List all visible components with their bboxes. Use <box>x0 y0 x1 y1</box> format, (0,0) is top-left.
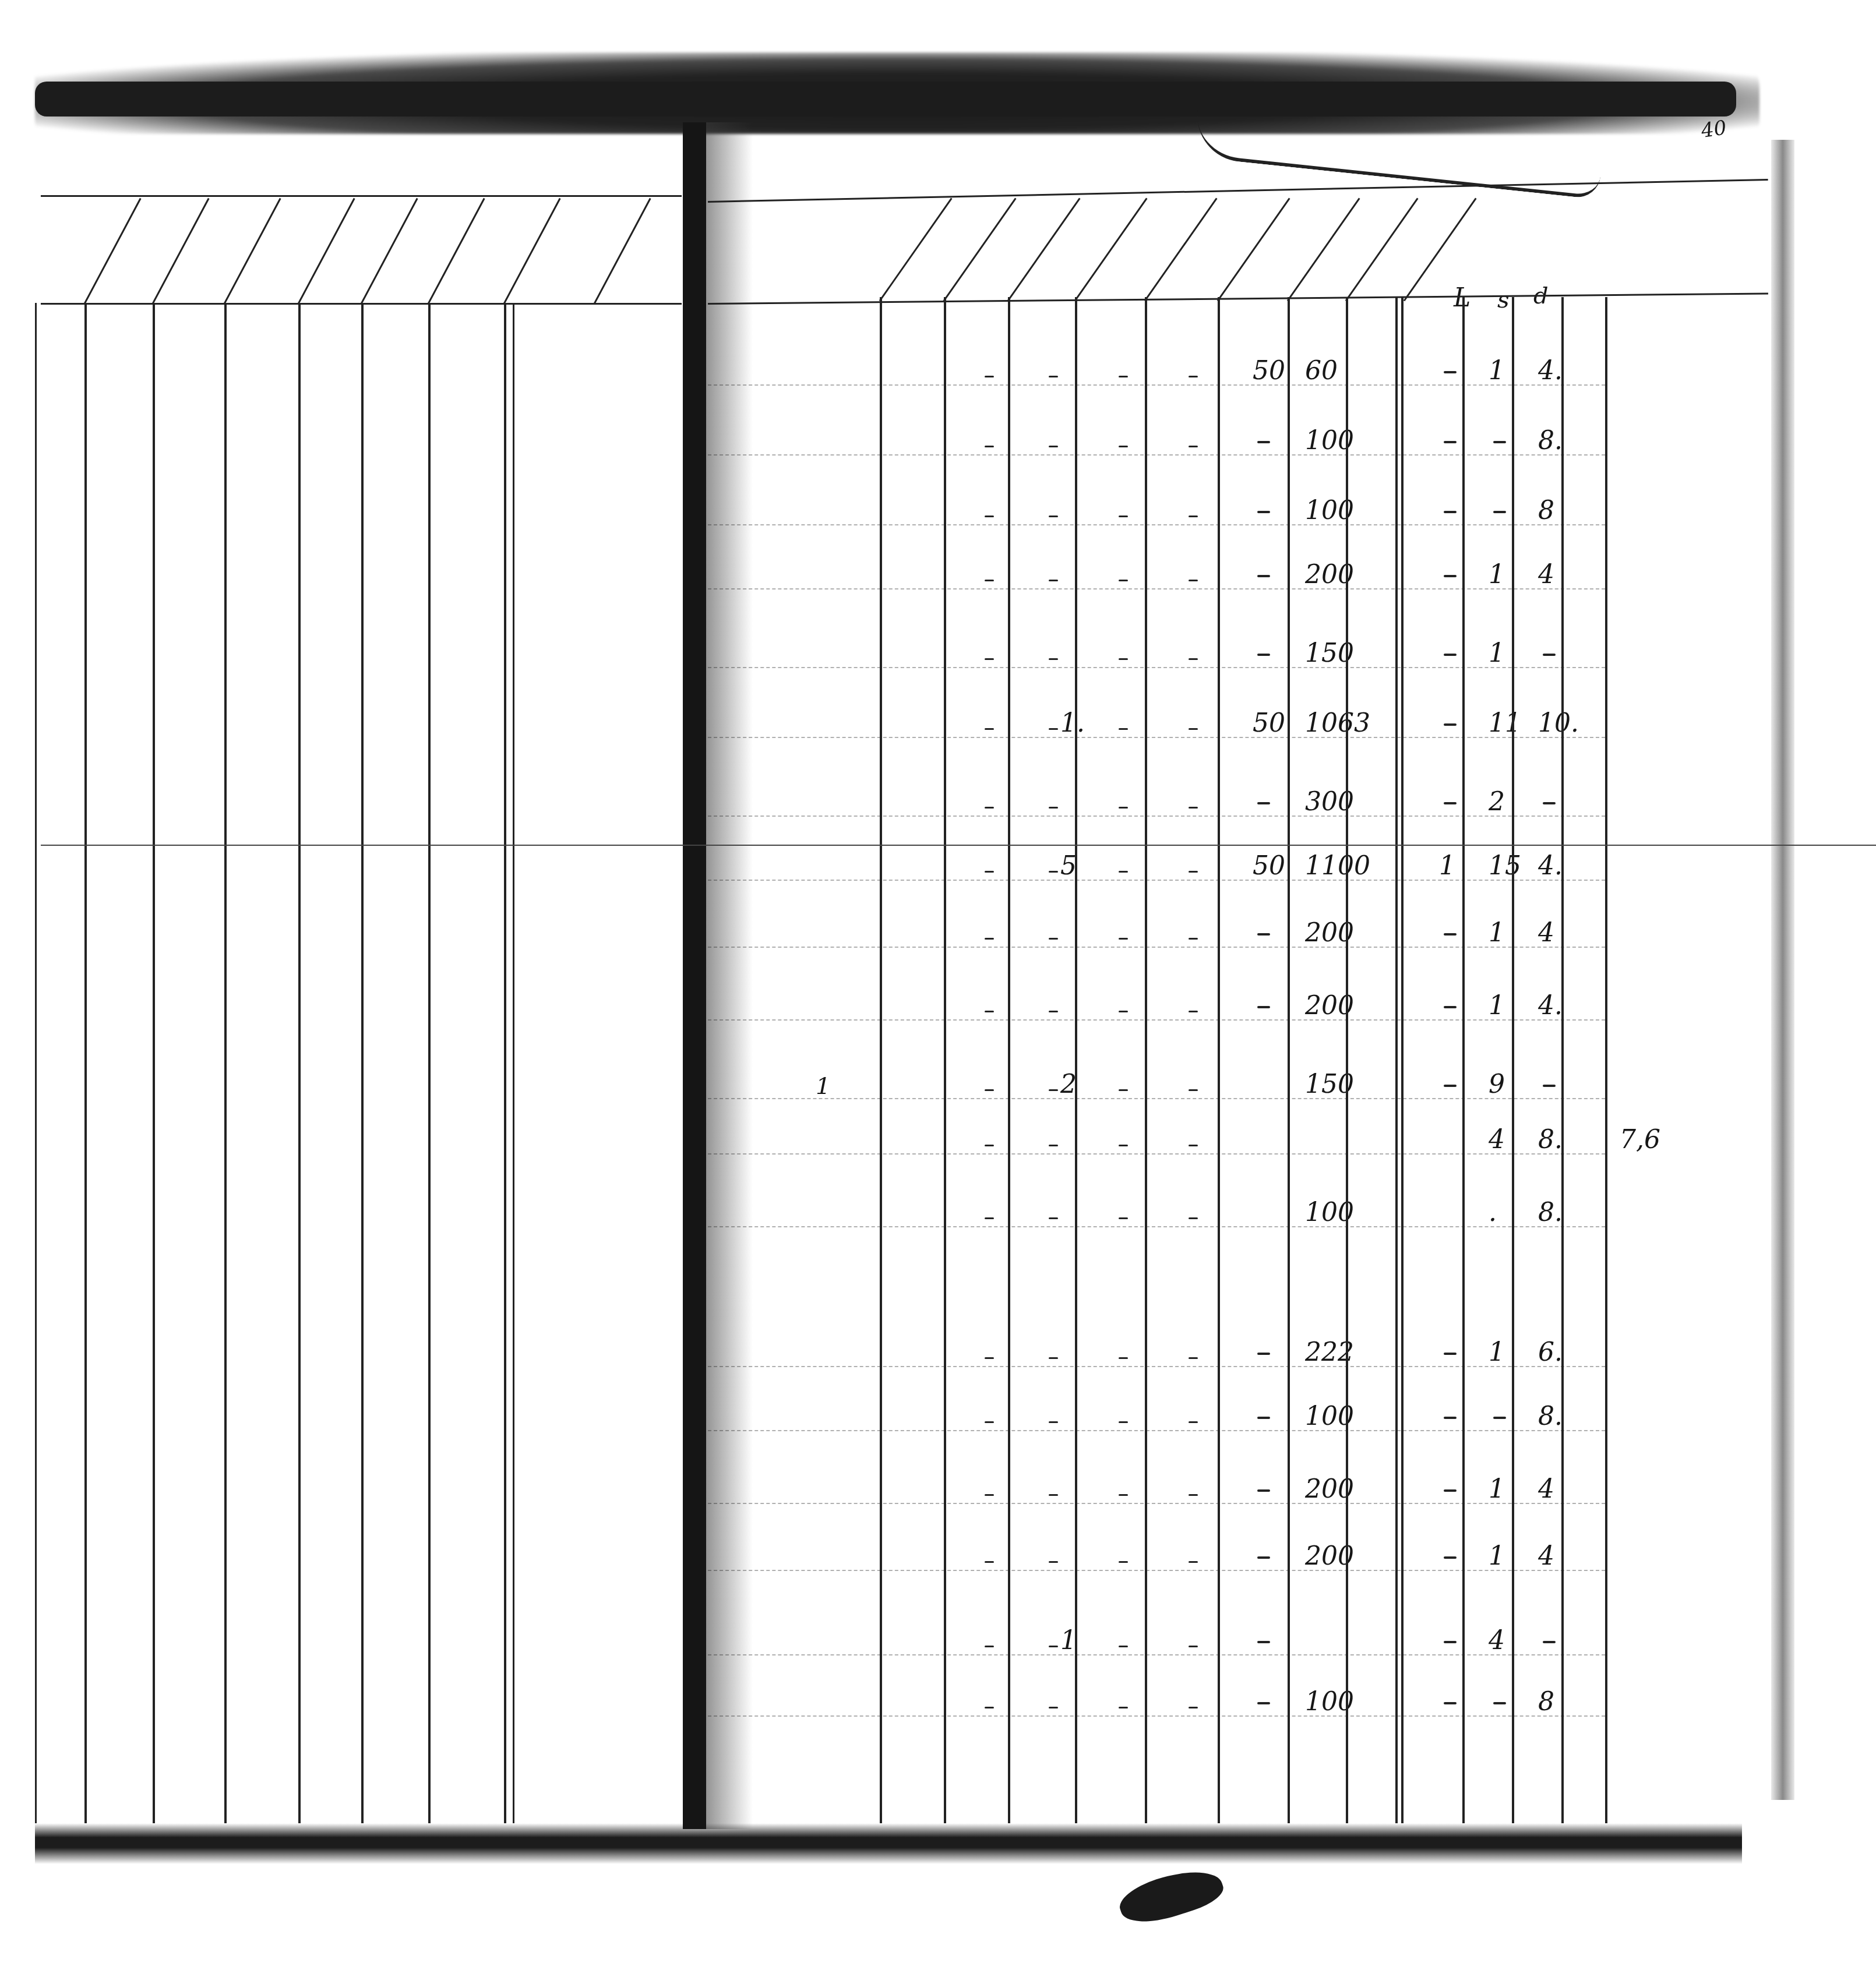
row-guide <box>708 880 1605 881</box>
blank-dash <box>1543 1641 1556 1643</box>
blank-dash <box>1189 1357 1198 1359</box>
blank-dash <box>1049 1421 1058 1423</box>
right-column-rule <box>944 297 946 1823</box>
blank-dash <box>1444 575 1457 577</box>
cell-note: 7,6 <box>1620 1127 1660 1153</box>
blank-dash <box>1493 441 1506 443</box>
blank-dash <box>1444 1641 1457 1643</box>
cell-amount: 60 <box>1305 358 1338 384</box>
blank-dash <box>1049 1089 1058 1091</box>
blank-dash <box>1257 441 1270 443</box>
blank-dash <box>1119 1707 1128 1708</box>
scan-edge-bottom <box>35 1823 1742 1864</box>
blank-dash <box>1493 1702 1506 1704</box>
cell-s: 1 <box>1489 641 1505 666</box>
blank-dash <box>985 1357 994 1359</box>
blank-dash <box>1444 723 1457 726</box>
blank-dash <box>1119 728 1128 730</box>
header-hatch-line <box>361 198 418 304</box>
cell-s: . <box>1489 1200 1497 1226</box>
blank-dash <box>1119 807 1128 809</box>
blank-dash <box>985 1011 994 1012</box>
blank-dash <box>1444 1489 1457 1492</box>
blank-dash <box>1049 1011 1058 1012</box>
blank-dash <box>1444 511 1457 513</box>
blank-dash <box>985 1421 994 1423</box>
cell-s: 1 <box>1489 1544 1505 1569</box>
blank-dash <box>985 580 994 581</box>
blank-dash <box>1444 1702 1457 1704</box>
cell-d: 6. <box>1538 1340 1563 1365</box>
row-guide <box>708 384 1605 386</box>
blank-dash <box>1049 728 1058 730</box>
blank-dash <box>1257 933 1270 935</box>
blank-dash <box>1049 1357 1058 1359</box>
cell-s: 11 <box>1489 711 1521 736</box>
right-column-rule <box>1462 297 1465 1823</box>
row-guide <box>708 1098 1605 1099</box>
blank-dash <box>1543 1085 1556 1087</box>
blank-dash <box>1049 871 1058 873</box>
blank-dash <box>1119 1089 1128 1091</box>
blank-dash <box>985 938 994 940</box>
row-guide <box>708 1430 1605 1431</box>
cell-s: 15 <box>1489 853 1521 879</box>
blank-dash <box>1049 658 1058 660</box>
blank-dash <box>1119 446 1128 447</box>
blank-dash <box>1257 1641 1270 1643</box>
blank-dash <box>1444 1006 1457 1008</box>
blank-dash <box>1189 1217 1198 1219</box>
right-column-rule <box>1008 297 1010 1823</box>
stray-mark: 1 <box>816 1075 830 1098</box>
right-column-rule <box>1075 297 1077 1823</box>
cell-qty: 1. <box>1060 711 1085 736</box>
right-header-bottom-rule <box>708 293 1768 305</box>
blank-dash <box>1049 516 1058 517</box>
blank-dash <box>985 658 994 660</box>
cell-s: 4 <box>1489 1628 1505 1654</box>
cell-s: 1 <box>1489 358 1505 384</box>
cell-fifty: 50 <box>1253 711 1285 736</box>
left-column-rule <box>428 303 431 1823</box>
header-hatch-line <box>503 198 561 304</box>
blank-dash <box>1444 802 1457 804</box>
right-column-rule <box>1561 297 1564 1823</box>
left-column-rule <box>504 303 506 1823</box>
blank-dash <box>1493 1417 1506 1419</box>
cell-s: 1 <box>1489 993 1505 1019</box>
blank-dash <box>1257 1489 1270 1492</box>
blank-dash <box>1049 1494 1058 1496</box>
header-hatch-line <box>298 198 355 304</box>
cell-s: 1 <box>1489 562 1505 588</box>
cell-amount: 1063 <box>1305 711 1370 736</box>
right-column-rule <box>880 297 882 1823</box>
cell-qty: 5 <box>1060 853 1077 879</box>
row-guide <box>708 947 1605 948</box>
row-guide <box>708 816 1605 817</box>
blank-dash <box>985 376 994 377</box>
cell-d: 4. <box>1538 358 1563 384</box>
cell-fifty: 50 <box>1253 853 1285 879</box>
cell-d: 8. <box>1538 428 1563 454</box>
row-guide <box>708 1503 1605 1504</box>
header-hatch-line <box>1287 198 1360 302</box>
blank-dash <box>1189 446 1198 447</box>
cell-L: 1 <box>1439 853 1455 879</box>
blank-dash <box>1257 1353 1270 1355</box>
scan-edge-top-core <box>35 82 1736 117</box>
blank-dash <box>1049 376 1058 377</box>
right-column-rule <box>1346 297 1348 1823</box>
cell-d: 8. <box>1538 1404 1563 1429</box>
blank-dash <box>1257 1006 1270 1008</box>
row-guide <box>708 454 1605 456</box>
cell-fifty: 50 <box>1253 358 1285 384</box>
blank-dash <box>1049 1217 1058 1219</box>
blank-dash <box>1189 1145 1198 1146</box>
blank-dash <box>1189 1421 1198 1423</box>
blank-dash <box>1543 802 1556 804</box>
blank-dash <box>1189 807 1198 809</box>
cell-s: 4 <box>1489 1127 1505 1153</box>
header-hatch-line <box>879 198 953 302</box>
row-guide <box>708 1019 1605 1021</box>
blank-dash <box>1049 1561 1058 1563</box>
header-hatch-line <box>428 198 485 304</box>
blank-dash <box>1049 1145 1058 1146</box>
blank-dash <box>985 516 994 517</box>
blank-dash <box>1444 654 1457 656</box>
right-column-rule <box>1288 297 1290 1823</box>
cell-qty: 2 <box>1060 1072 1077 1097</box>
blank-dash <box>1257 654 1270 656</box>
right-column-rule <box>1395 297 1398 1823</box>
blank-dash <box>1049 1707 1058 1708</box>
blank-dash <box>985 1217 994 1219</box>
ink-blot <box>1115 1861 1228 1932</box>
left-column-rule <box>224 303 227 1823</box>
cell-s: 1 <box>1489 920 1505 946</box>
header-shillings: s <box>1497 288 1510 312</box>
blank-dash <box>1189 1089 1198 1091</box>
blank-dash <box>1257 1556 1270 1559</box>
page-number-mark: 40 <box>1700 118 1728 141</box>
blank-dash <box>1119 1494 1128 1496</box>
blank-dash <box>985 728 994 730</box>
blank-dash <box>1119 1011 1128 1012</box>
row-guide <box>708 737 1605 738</box>
row-guide <box>708 1715 1605 1717</box>
blank-dash <box>1189 658 1198 660</box>
cell-d: 4. <box>1538 993 1563 1019</box>
right-column-rule <box>1145 297 1147 1823</box>
blank-dash <box>1119 1357 1128 1359</box>
blank-dash <box>985 446 994 447</box>
cell-d: 8. <box>1538 1200 1563 1226</box>
cell-s: 2 <box>1489 789 1505 815</box>
blank-dash <box>1444 371 1457 373</box>
blank-dash <box>1119 871 1128 873</box>
row-guide <box>708 1153 1605 1155</box>
blank-dash <box>1119 516 1128 517</box>
left-header-top-rule <box>41 195 682 197</box>
cell-qty: 1 <box>1060 1628 1077 1654</box>
blank-dash <box>1189 728 1198 730</box>
header-hatch-line <box>152 198 210 304</box>
row-guide <box>708 1226 1605 1227</box>
cell-d: 4 <box>1538 1544 1554 1569</box>
cell-d: 8 <box>1538 498 1554 524</box>
row-guide <box>708 1654 1605 1655</box>
blank-dash <box>985 871 994 873</box>
left-column-rule <box>35 303 37 1823</box>
blank-dash <box>1444 1353 1457 1355</box>
cell-s: 1 <box>1489 1340 1505 1365</box>
blank-dash <box>1119 376 1128 377</box>
blank-dash <box>1119 938 1128 940</box>
right-column-rule <box>1512 297 1514 1823</box>
header-hatch-line <box>1074 198 1148 302</box>
blank-dash <box>1049 1646 1058 1647</box>
blank-dash <box>985 1494 994 1496</box>
blank-dash <box>1189 1707 1198 1708</box>
blank-dash <box>1119 580 1128 581</box>
blank-dash <box>1049 807 1058 809</box>
cell-d: 4 <box>1538 1477 1554 1502</box>
blank-dash <box>1493 511 1506 513</box>
row-guide <box>708 588 1605 589</box>
header-hatch-line <box>1217 198 1290 302</box>
horizontal-divider <box>41 845 1876 846</box>
left-column-rule <box>298 303 301 1823</box>
blank-dash <box>1189 938 1198 940</box>
row-guide <box>708 1570 1605 1571</box>
right-header-top-rule <box>708 179 1768 203</box>
scan-edge-right <box>1771 140 1794 1800</box>
blank-dash <box>1119 1145 1128 1146</box>
blank-dash <box>1119 1561 1128 1563</box>
blank-dash <box>1119 1421 1128 1423</box>
blank-dash <box>985 1646 994 1647</box>
header-hatch-line <box>594 198 651 304</box>
blank-dash <box>1257 511 1270 513</box>
blank-dash <box>1444 1417 1457 1419</box>
row-guide <box>708 524 1605 525</box>
cell-amount: 1100 <box>1305 853 1370 879</box>
blank-dash <box>1049 446 1058 447</box>
blank-dash <box>1049 938 1058 940</box>
cell-d: 8. <box>1538 1127 1563 1153</box>
right-column-rule <box>1605 297 1607 1823</box>
header-hatch-line <box>84 198 142 304</box>
blank-dash <box>985 1089 994 1091</box>
blank-dash <box>985 807 994 809</box>
blank-dash <box>1189 1561 1198 1563</box>
blank-dash <box>1119 1646 1128 1647</box>
cell-s: 1 <box>1489 1477 1505 1502</box>
blank-dash <box>1444 933 1457 935</box>
blank-dash <box>1189 1011 1198 1012</box>
row-guide <box>708 667 1605 668</box>
blank-dash <box>1119 658 1128 660</box>
right-column-rule <box>1218 297 1220 1823</box>
cell-d: 4 <box>1538 562 1554 588</box>
left-column-rule <box>84 303 87 1823</box>
cell-d: 8 <box>1538 1689 1554 1715</box>
blank-dash <box>1189 516 1198 517</box>
blank-dash <box>1257 1702 1270 1704</box>
blank-dash <box>1444 1085 1457 1087</box>
right-column-rule <box>1401 297 1404 1823</box>
header-hatch-line <box>224 198 281 304</box>
blank-dash <box>1444 1556 1457 1559</box>
blank-dash <box>1189 871 1198 873</box>
blank-dash <box>1257 575 1270 577</box>
blank-dash <box>1189 1646 1198 1647</box>
header-hatch-line <box>943 198 1017 302</box>
blank-dash <box>1543 654 1556 656</box>
left-column-rule <box>361 303 364 1823</box>
row-guide <box>708 1366 1605 1367</box>
header-hatch-line <box>1144 198 1218 302</box>
binding-shadow <box>706 122 753 1829</box>
blank-dash <box>1444 441 1457 443</box>
binding-gutter <box>683 122 706 1829</box>
left-column-rule <box>153 303 155 1823</box>
blank-dash <box>1049 580 1058 581</box>
header-hatch-line <box>1345 198 1419 302</box>
left-column-rule <box>513 303 514 1823</box>
cell-d: 4 <box>1538 920 1554 946</box>
blank-dash <box>1119 1217 1128 1219</box>
blank-dash <box>1257 802 1270 804</box>
blank-dash <box>1189 1494 1198 1496</box>
blank-dash <box>985 1145 994 1146</box>
blank-dash <box>1189 376 1198 377</box>
cell-s: 9 <box>1489 1072 1505 1097</box>
blank-dash <box>985 1561 994 1563</box>
header-hatch-line <box>1007 198 1081 302</box>
blank-dash <box>985 1707 994 1708</box>
blank-dash <box>1189 580 1198 581</box>
cell-d: 4. <box>1538 853 1563 879</box>
cell-d: 10. <box>1538 711 1579 736</box>
blank-dash <box>1257 1417 1270 1419</box>
